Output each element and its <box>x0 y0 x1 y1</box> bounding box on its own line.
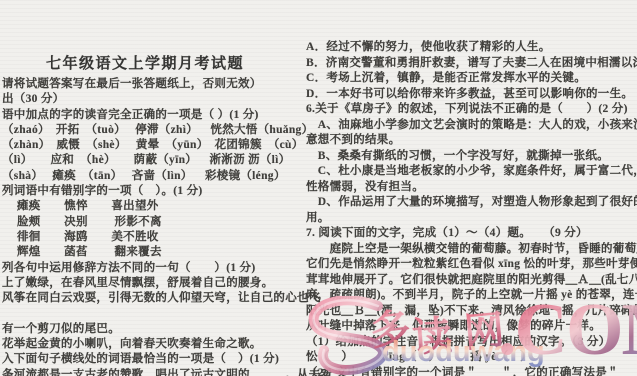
text-line: B．济南交警董和勇捐肝救妻，谱写了夫妻二人在困境中相濡以沫。 <box>306 56 637 72</box>
text-line: 上了嫩绿，在春风里尽情飘摆，舒展着自己的腰身。 <box>2 276 304 291</box>
text-line: （2）文中有错别字的一个词是＂ ＂，它的正确写法是＂ ＂。(2分 <box>306 366 637 376</box>
text-line: 风筝在同白云戏耍，引得无数的人仰望天穹，让自己的心也飞 <box>2 291 304 306</box>
text-line: C．考场上沉着，镇静，是能否正常发挥水平的关键。 <box>306 71 637 87</box>
text-line: A、油麻地小学参加文艺会演时的策略是：大人的戏，小孩来演会收到 <box>306 118 637 134</box>
text-line: 入下面句子横线处的词语最恰当的一项是（ ）(1 分) <box>2 352 304 367</box>
text-line: 6.关于《草房子》的叙述，下列说法不正确的是（ ）(2 分) <box>306 102 637 118</box>
text-line: （shà） 瘫痪 （tān） 吝啬（lìn） 彩棱镜（léng） <box>2 169 304 184</box>
text-line: （zhàn） 威慑 （shè） 黄晕 （yūn） 花团锦簇 （cù） <box>2 138 304 153</box>
text-line: B、桑桑有撕纸的习惯，一个字没写好，就撕掉一张纸。 <box>306 149 637 165</box>
text-line: D、作品运用了大量的环境描写，对塑造人物形象起到了很好的烘托作 <box>306 195 637 211</box>
text-line: 语中加点的字的读音完全正确的一项是（ ）(1 分) <box>2 108 304 123</box>
text-line: 茸茸地伸展开了。它们很快就把庭院里的阳光剪得＿Ａ＿(乱七八糟，密密麻 <box>306 273 637 289</box>
text-line: C、杜小康是当地老板家的小少爷，家庭条件好，属于富二代，他本人 <box>306 164 637 180</box>
text-line: A．经过不懈的努力，使他收获了精彩的人生。 <box>306 40 637 56</box>
text-line: 请将试题答案写在最后一张答题纸上，否则无效） <box>2 77 304 92</box>
text-line: （lì） 应和 （hè） 荫蔽（yīn） 淅淅沥 沥（lì） <box>2 153 304 168</box>
text-line: 有一个剪刀似的尾巴。 <box>2 322 304 337</box>
text-line: 意想不到的结果。 <box>306 133 637 149</box>
text-line: 7. 阅读下面的文字，完成（1）～（4）题。 （9 分） <box>306 226 637 242</box>
text-line: （zhaó） 开拓 （tuò） 停滞（zhì） 恍然大悟（huǎng） <box>2 123 304 138</box>
text-line: 它们先是悄然睁开一粒粒紫红色看似 xīng 忪的叶芽，那些叶芽便很快毛 <box>306 257 637 273</box>
exam-scan-page: 七年级语文上学期月考试题 请将试题答案写在最后一张答题纸上，否则无效）出（30 … <box>0 0 637 376</box>
text-line: 阳光也＿Ｂ＿(洒，漏，坠)不下来。清风徐徐地一摇，几片碎碎的阳光偶 <box>306 304 637 320</box>
right-text-block: A．经过不懈的努力，使他收获了精彩的人生。B．济南交警董和勇捐肝救妻，谱写了夫妻… <box>306 40 637 376</box>
text-line: （1）给加点的字注音，根据拼音写出相应的汉字。（3 分） <box>306 335 637 351</box>
text-line: 出（30 分） <box>2 92 304 107</box>
text-line: 庭院上空是一架纵横交错的葡萄藤。初春时节，昏睡的葡萄藤醒了， <box>306 242 637 258</box>
text-line: 列词语中有错别字的一项（ ）。(1 分) <box>2 184 304 199</box>
text-line: 花举起金黄的小喇叭，向着春天吹奏着生命之歌。 <box>2 337 304 352</box>
text-line: 瘫痪 憔悴 喜出望外 <box>2 199 304 214</box>
left-text-block: 请将试题答案写在最后一张答题纸上，否则无效）出（30 分）语中加点的字的读音完全… <box>2 77 304 376</box>
text-line: D．一本好书可以给你带来许多教益，甚至可以影响你的一生。 <box>306 87 637 103</box>
text-line: 用。 <box>306 211 637 227</box>
text-line: 从叶缝中掉落下来，但那转瞬即逝的，像梦的碎片一样。 <box>306 319 637 335</box>
text-line: 忪（ ） xīng（ ） 摇 yè（ ） <box>306 350 637 366</box>
text-line: 脸颊 决别 形影不离 <box>2 215 304 230</box>
text-line: 麻，疏疏朗朗)。不到半月，院子的上空就一片摇 yè 的苍翠，连一片金黄 <box>306 288 637 304</box>
text-line: 辉煌 菡萏 翻来覆去 <box>2 245 304 260</box>
page-title: 七年级语文上学期月考试题 <box>46 52 244 73</box>
text-line: 徘徊 海鸥 美不胜收 <box>2 230 304 245</box>
text-line: 性格懦弱，没有担当。 <box>306 180 637 196</box>
text-line: 列各句中运用修辞方法不同的一句（ ）(1 分) <box>2 261 304 276</box>
text-line: 条河流都是一支古老的赞歌，唱出了远古文明的 。从去看 <box>2 368 304 376</box>
